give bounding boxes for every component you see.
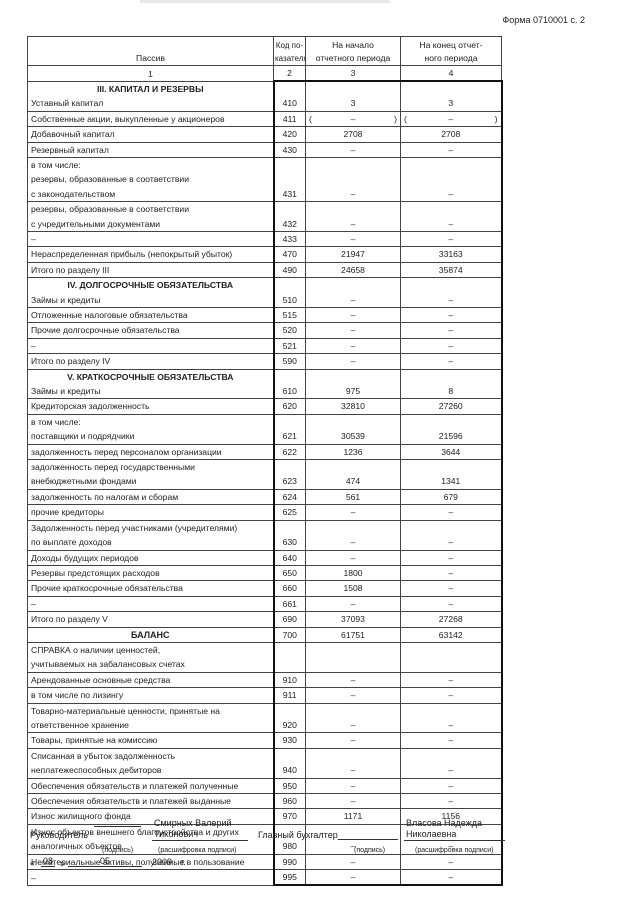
- row-label: Обеспечения обязательств и платежей полу…: [28, 778, 274, 793]
- date-suffix: г.: [181, 857, 186, 867]
- row-code: 590: [274, 354, 306, 369]
- table-row: Товары, принятые на комиссию930––: [28, 733, 502, 748]
- row-code: 640: [274, 550, 306, 565]
- value-end-period: –: [401, 794, 502, 809]
- row-code: 624: [274, 489, 306, 504]
- row-label: III. КАПИТАЛ И РЕЗЕРВЫУставный капитал: [28, 81, 274, 111]
- col-num-2: 2: [274, 66, 306, 82]
- table-row: БАЛАНС7006175163142: [28, 627, 502, 642]
- row-code: 625: [274, 505, 306, 520]
- col-num-4: 4: [401, 66, 502, 82]
- row-label: задолженность перед персоналом организац…: [28, 444, 274, 459]
- row-code: 661: [274, 596, 306, 611]
- row-code: 610: [274, 369, 306, 399]
- row-label: в том числе:поставщики и подрядчики: [28, 414, 274, 444]
- table-row: Отложенные налоговые обязательства515––: [28, 308, 502, 323]
- accountant-name: Власова НадеждаНиколаевна: [406, 818, 482, 840]
- row-code: 660: [274, 581, 306, 596]
- row-label: задолженность перед государственнымивнеб…: [28, 460, 274, 490]
- row-label: Нераспределенная прибыль (непокрытый убы…: [28, 247, 274, 262]
- table-row: IV. ДОЛГОСРОЧНЫЕ ОБЯЗАТЕЛЬСТВАЗаймы и кр…: [28, 278, 502, 308]
- table-row: Добавочный капитал42027082708: [28, 127, 502, 142]
- head-signature-line: [94, 826, 141, 827]
- value-end-period: 679: [401, 489, 502, 504]
- table-row: Собственные акции, выкупленные у акционе…: [28, 111, 502, 126]
- row-code: 995: [274, 870, 306, 886]
- table-row: Кредиторская задолженность6203281027260: [28, 399, 502, 414]
- head-name: Смирных ВалерийТихонович: [154, 818, 231, 840]
- header-liabilities: Пассив: [28, 37, 274, 66]
- row-code: 515: [274, 308, 306, 323]
- table-row: Списанная в убыток задолженностьнеплатеж…: [28, 748, 502, 778]
- table-row: Итого по разделу IV590––: [28, 354, 502, 369]
- row-label: прочие кредиторы: [28, 505, 274, 520]
- row-label: Добавочный капитал: [28, 127, 274, 142]
- value-start-period: 3: [306, 81, 401, 111]
- row-label: Товары, принятые на комиссию: [28, 733, 274, 748]
- table-row: Задолженность перед участниками (учредит…: [28, 520, 502, 550]
- value-end-period: –: [401, 308, 502, 323]
- value-start-period: 1236: [306, 444, 401, 459]
- value-end-period: –: [401, 581, 502, 596]
- row-code: 940: [274, 748, 306, 778]
- value-end-period: –: [401, 565, 502, 580]
- table-row: в том числе по лизингу911––: [28, 688, 502, 703]
- value-end-period: –: [401, 231, 502, 246]
- row-label: Обеспечения обязательств и платежей выда…: [28, 794, 274, 809]
- value-end-period: –: [401, 688, 502, 703]
- value-start-period: –: [306, 550, 401, 565]
- table-row: в том числе:резервы, образованные в соот…: [28, 157, 502, 201]
- value-start-period: –: [306, 308, 401, 323]
- row-code: 410: [274, 81, 306, 111]
- value-end-period: –: [401, 505, 502, 520]
- row-code: 490: [274, 262, 306, 277]
- table-row: –995––: [28, 870, 502, 886]
- value-start-period: –: [306, 142, 401, 157]
- row-code: 630: [274, 520, 306, 550]
- row-code: 911: [274, 688, 306, 703]
- row-label: в том числе по лизингу: [28, 688, 274, 703]
- table-body: III. КАПИТАЛ И РЕЗЕРВЫУставный капитал41…: [28, 81, 502, 885]
- value-end-period: 33163: [401, 247, 502, 262]
- table-header-row: Пассив Код по-казателя На началоотчетног…: [28, 37, 502, 66]
- value-end-period: 8: [401, 369, 502, 399]
- table-row: Доходы будущих периодов640––: [28, 550, 502, 565]
- value-start-period: 37093: [306, 612, 401, 627]
- value-start-period: 2708: [306, 127, 401, 142]
- value-start-period: 975: [306, 369, 401, 399]
- value-start-period: (–): [306, 111, 401, 126]
- accountant-label: Главный бухгалтер: [258, 830, 338, 840]
- column-number-row: 1 2 3 4: [28, 66, 502, 82]
- row-code: 520: [274, 323, 306, 338]
- value-end-period: 2708: [401, 127, 502, 142]
- scan-artifact: [140, 0, 390, 3]
- accountant-decode-caption: (расшифровка подписи): [415, 847, 494, 854]
- row-label: Итого по разделу V: [28, 612, 274, 627]
- row-label: Износ жилищного фонда: [28, 809, 274, 824]
- value-start-period: –: [306, 688, 401, 703]
- row-code: 420: [274, 127, 306, 142]
- row-code: 470: [274, 247, 306, 262]
- row-code: 621: [274, 414, 306, 444]
- value-end-period: –: [401, 748, 502, 778]
- row-label: Резервы предстоящих расходов: [28, 565, 274, 580]
- row-code: 690: [274, 612, 306, 627]
- row-label: Отложенные налоговые обязательства: [28, 308, 274, 323]
- row-code: 990: [274, 854, 306, 869]
- row-code: 432: [274, 202, 306, 232]
- value-start-period: 61751: [306, 627, 401, 642]
- row-label: резервы, образованные в соответствиис уч…: [28, 202, 274, 232]
- table-row: Итого по разделу III4902465835874: [28, 262, 502, 277]
- value-start-period: 30539: [306, 414, 401, 444]
- date-day: 08: [41, 856, 55, 867]
- header-code: Код по-казателя: [274, 37, 306, 66]
- value-start-period: –: [306, 202, 401, 232]
- value-end-period: (–): [401, 111, 502, 126]
- row-label: Списанная в убыток задолженностьнеплатеж…: [28, 748, 274, 778]
- row-label: –: [28, 338, 274, 353]
- value-start-period: –: [306, 854, 401, 869]
- table-row: Обеспечения обязательств и платежей полу…: [28, 778, 502, 793]
- value-end-period: 27268: [401, 612, 502, 627]
- date-month: 05: [68, 856, 142, 867]
- value-start-period: 24658: [306, 262, 401, 277]
- row-label: Задолженность перед участниками (учредит…: [28, 520, 274, 550]
- value-end-period: –: [401, 870, 502, 886]
- value-start-period: 1508: [306, 581, 401, 596]
- value-start-period: –: [306, 323, 401, 338]
- row-code: 521: [274, 338, 306, 353]
- value-end-period: –: [401, 142, 502, 157]
- value-start-period: 32810: [306, 399, 401, 414]
- row-code: 431: [274, 157, 306, 201]
- value-start-period: –: [306, 870, 401, 886]
- row-code: 622: [274, 444, 306, 459]
- row-code: [274, 642, 306, 672]
- value-end-period: –: [401, 596, 502, 611]
- date-open-quote: «: [30, 858, 35, 868]
- accountant-decode-line: [404, 840, 505, 841]
- table-row: Резервы предстоящих расходов6501800–: [28, 565, 502, 580]
- row-code: 623: [274, 460, 306, 490]
- accountant-signature-line: [338, 839, 398, 840]
- row-code: 960: [274, 794, 306, 809]
- row-code: 620: [274, 399, 306, 414]
- col-num-1: 1: [28, 66, 274, 82]
- head-decode-caption: (расшифровка подписи): [158, 847, 237, 854]
- value-end-period: –: [401, 157, 502, 201]
- head-signature-caption: (подпись): [102, 847, 133, 854]
- row-code: 700: [274, 627, 306, 642]
- value-start-period: 21947: [306, 247, 401, 262]
- header-start-period: На началоотчетного периода: [306, 37, 401, 66]
- value-start-period: –: [306, 231, 401, 246]
- value-end-period: 3: [401, 81, 502, 111]
- value-start-period: –: [306, 338, 401, 353]
- value-start-period: –: [306, 703, 401, 733]
- col-num-3: 3: [306, 66, 401, 82]
- value-start-period: –: [306, 505, 401, 520]
- row-label: Прочие краткосрочные обязательства: [28, 581, 274, 596]
- table-row: задолженность по налогам и сборам6245616…: [28, 489, 502, 504]
- value-end-period: –: [401, 672, 502, 687]
- table-row: в том числе:поставщики и подрядчики62130…: [28, 414, 502, 444]
- value-start-period: –: [306, 733, 401, 748]
- row-label: –: [28, 231, 274, 246]
- table-row: –433––: [28, 231, 502, 246]
- value-end-period: 3644: [401, 444, 502, 459]
- row-code: 910: [274, 672, 306, 687]
- table-row: Прочие долгосрочные обязательства520––: [28, 323, 502, 338]
- value-start-period: –: [306, 778, 401, 793]
- value-start-period: –: [306, 278, 401, 308]
- value-start-period: –: [306, 354, 401, 369]
- value-end-period: –: [401, 520, 502, 550]
- form-label: Форма 0710001 с. 2: [502, 15, 585, 25]
- table-row: III. КАПИТАЛ И РЕЗЕРВЫУставный капитал41…: [28, 81, 502, 111]
- table-row: резервы, образованные в соответствиис уч…: [28, 202, 502, 232]
- value-end-period: –: [401, 733, 502, 748]
- row-label: Собственные акции, выкупленные у акционе…: [28, 111, 274, 126]
- row-label: IV. ДОЛГОСРОЧНЫЕ ОБЯЗАТЕЛЬСТВАЗаймы и кр…: [28, 278, 274, 308]
- value-start-period: –: [306, 794, 401, 809]
- table-row: Товарно-материальные ценности, принятые …: [28, 703, 502, 733]
- table-row: –521––: [28, 338, 502, 353]
- table-row: V. КРАТКОСРОЧНЫЕ ОБЯЗАТЕЛЬСТВАЗаймы и кр…: [28, 369, 502, 399]
- table-row: Резервный капитал430––: [28, 142, 502, 157]
- row-label: Товарно-материальные ценности, принятые …: [28, 703, 274, 733]
- row-label: Кредиторская задолженность: [28, 399, 274, 414]
- value-end-period: –: [401, 550, 502, 565]
- row-label: Доходы будущих периодов: [28, 550, 274, 565]
- value-end-period: [401, 642, 502, 672]
- date-close-quote: »: [60, 858, 65, 868]
- table-row: –661––: [28, 596, 502, 611]
- row-code: 930: [274, 733, 306, 748]
- value-end-period: –: [401, 854, 502, 869]
- row-code: 510: [274, 278, 306, 308]
- table-row: Арендованные основные средства910––: [28, 672, 502, 687]
- value-end-period: –: [401, 338, 502, 353]
- value-start-period: 1800: [306, 565, 401, 580]
- table-row: Итого по разделу V6903709327268: [28, 612, 502, 627]
- value-start-period: –: [306, 520, 401, 550]
- head-decode-line: [152, 840, 248, 841]
- value-end-period: 35874: [401, 262, 502, 277]
- value-end-period: –: [401, 202, 502, 232]
- row-code: 430: [274, 142, 306, 157]
- row-label: задолженность по налогам и сборам: [28, 489, 274, 504]
- value-start-period: 474: [306, 460, 401, 490]
- row-code: 920: [274, 703, 306, 733]
- value-end-period: –: [401, 323, 502, 338]
- row-label: Прочие долгосрочные обязательства: [28, 323, 274, 338]
- value-start-period: –: [306, 748, 401, 778]
- value-end-period: 27260: [401, 399, 502, 414]
- table-row: задолженность перед государственнымивнеб…: [28, 460, 502, 490]
- value-end-period: –: [401, 354, 502, 369]
- row-label: Итого по разделу III: [28, 262, 274, 277]
- table-row: прочие кредиторы625––: [28, 505, 502, 520]
- value-end-period: 63142: [401, 627, 502, 642]
- value-start-period: [306, 642, 401, 672]
- accountant-signature-caption: (подпись): [354, 847, 385, 854]
- row-label: в том числе:резервы, образованные в соот…: [28, 157, 274, 201]
- row-label: V. КРАТКОСРОЧНЫЕ ОБЯЗАТЕЛЬСТВАЗаймы и кр…: [28, 369, 274, 399]
- value-end-period: –: [401, 278, 502, 308]
- row-code: 970: [274, 809, 306, 824]
- row-label: БАЛАНС: [28, 627, 274, 642]
- value-start-period: –: [306, 157, 401, 201]
- section-heading-row: СПРАВКА о наличии ценностей,учитываемых …: [28, 642, 502, 672]
- table-row: Обеспечения обязательств и платежей выда…: [28, 794, 502, 809]
- value-start-period: 1171: [306, 809, 401, 824]
- row-code: 411: [274, 111, 306, 126]
- table-row: Нераспределенная прибыль (непокрытый убы…: [28, 247, 502, 262]
- row-code: 650: [274, 565, 306, 580]
- row-label: –: [28, 596, 274, 611]
- value-end-period: 1341: [401, 460, 502, 490]
- header-end-period: На конец отчет-ного периода: [401, 37, 502, 66]
- row-code: 433: [274, 231, 306, 246]
- value-end-period: 21596: [401, 414, 502, 444]
- row-label: СПРАВКА о наличии ценностей,учитываемых …: [28, 642, 274, 672]
- row-label: –: [28, 870, 274, 886]
- row-label: Резервный капитал: [28, 142, 274, 157]
- date-year: 2009: [152, 857, 172, 867]
- value-start-period: –: [306, 596, 401, 611]
- row-label: Итого по разделу IV: [28, 354, 274, 369]
- value-start-period: –: [306, 672, 401, 687]
- balance-sheet-table: Пассив Код по-казателя На началоотчетног…: [27, 36, 503, 886]
- head-label: Руководитель: [30, 830, 88, 840]
- value-start-period: 561: [306, 489, 401, 504]
- table-row: задолженность перед персоналом организац…: [28, 444, 502, 459]
- row-label: Арендованные основные средства: [28, 672, 274, 687]
- row-code: 950: [274, 778, 306, 793]
- table-row: Прочие краткосрочные обязательства660150…: [28, 581, 502, 596]
- value-end-period: –: [401, 778, 502, 793]
- value-end-period: –: [401, 703, 502, 733]
